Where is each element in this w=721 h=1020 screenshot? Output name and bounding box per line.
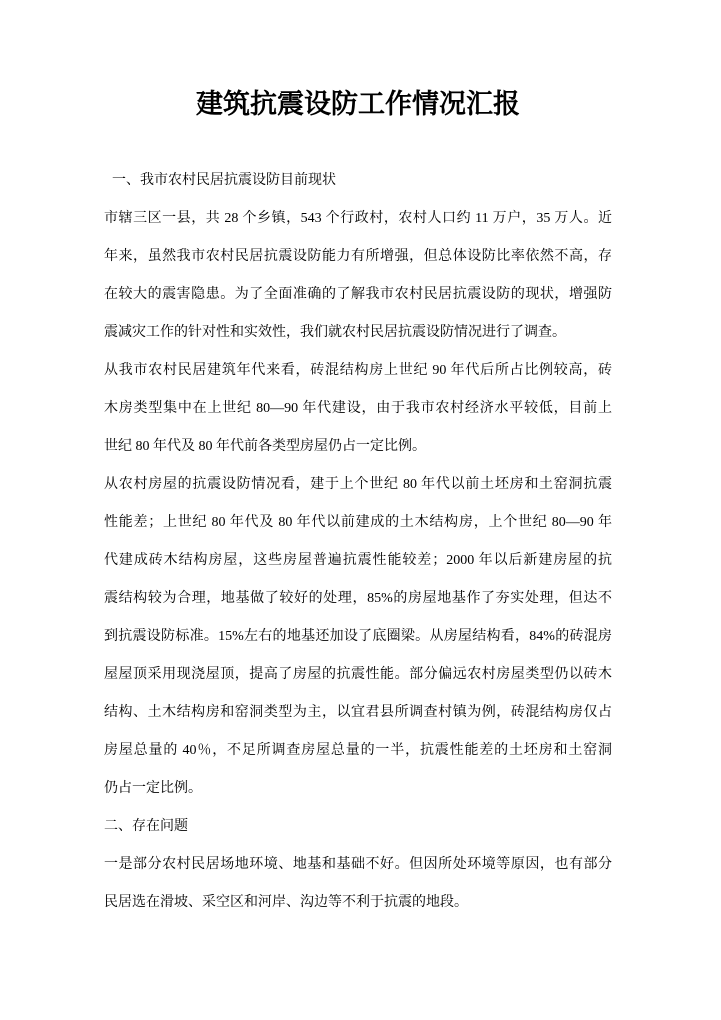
document-title: 建筑抗震设防工作情况汇报: [104, 84, 612, 124]
document-content: 建筑抗震设防工作情况汇报 一、我市农村民居抗震设防目前现状 市辖三区一县，共 2…: [104, 84, 612, 922]
text-line: 屋屋顶采用现浇屋顶，提高了房屋的抗震性能。部分偏远农村房屋类型仍以砖木: [104, 656, 612, 694]
text-line: 震结构较为合理，地基做了较好的处理，85%的房屋地基作了夯实处理，但达不: [104, 580, 612, 618]
text-line: 从农村房屋的抗震设防情况看，建于上个世纪 80 年代以前土坯房和土窑洞抗震: [104, 466, 612, 504]
text-line: 仍占一定比例。: [104, 770, 612, 808]
text-line: 民居选在滑坡、采空区和河岸、沟边等不利于抗震的地段。: [104, 884, 612, 922]
section-1-heading: 一、我市农村民居抗震设防目前现状: [104, 162, 612, 200]
paragraph: 一是部分农村民居场地环境、地基和基础不好。但因所处环境等原因，也有部分 民居选在…: [104, 846, 612, 922]
text-line: 房屋总量的 40％，不足所调查房屋总量的一半，抗震性能差的土坯房和土窑洞: [104, 732, 612, 770]
text-line: 市辖三区一县，共 28 个乡镇，543 个行政村，农村人口约 11 万户，35 …: [104, 200, 612, 238]
text-line: 一是部分农村民居场地环境、地基和基础不好。但因所处环境等原因，也有部分: [104, 846, 612, 884]
text-line: 震减灾工作的针对性和实效性，我们就农村民居抗震设防情况进行了调查。: [104, 314, 612, 352]
text-line: 年来，虽然我市农村民居抗震设防能力有所增强，但总体设防比率依然不高，存: [104, 238, 612, 276]
text-line: 木房类型集中在上世纪 80—90 年代建设，由于我市农村经济水平较低，目前上: [104, 390, 612, 428]
text-line: 世纪 80 年代及 80 年代前各类型房屋仍占一定比例。: [104, 428, 612, 466]
document-page: 建筑抗震设防工作情况汇报 一、我市农村民居抗震设防目前现状 市辖三区一县，共 2…: [0, 0, 721, 1020]
section-2-heading: 二、存在问题: [104, 808, 612, 846]
text-line: 在较大的震害隐患。为了全面准确的了解我市农村民居抗震设防的现状，增强防: [104, 276, 612, 314]
paragraph: 市辖三区一县，共 28 个乡镇，543 个行政村，农村人口约 11 万户，35 …: [104, 200, 612, 352]
text-line: 结构、土木结构房和窑洞类型为主，以宜君县所调查村镇为例，砖混结构房仅占: [104, 694, 612, 732]
text-line: 到抗震设防标准。15%左右的地基还加设了底圈梁。从房屋结构看，84%的砖混房: [104, 618, 612, 656]
text-line: 从我市农村民居建筑年代来看，砖混结构房上世纪 90 年代后所占比例较高，砖: [104, 352, 612, 390]
paragraph: 从我市农村民居建筑年代来看，砖混结构房上世纪 90 年代后所占比例较高，砖 木房…: [104, 352, 612, 466]
title-gap: [104, 124, 612, 162]
text-line: 代建成砖木结构房屋，这些房屋普遍抗震性能较差；2000 年以后新建房屋的抗: [104, 542, 612, 580]
paragraph: 从农村房屋的抗震设防情况看，建于上个世纪 80 年代以前土坯房和土窑洞抗震 性能…: [104, 466, 612, 808]
text-line: 性能差；上世纪 80 年代及 80 年代以前建成的土木结构房，上个世纪 80—9…: [104, 504, 612, 542]
